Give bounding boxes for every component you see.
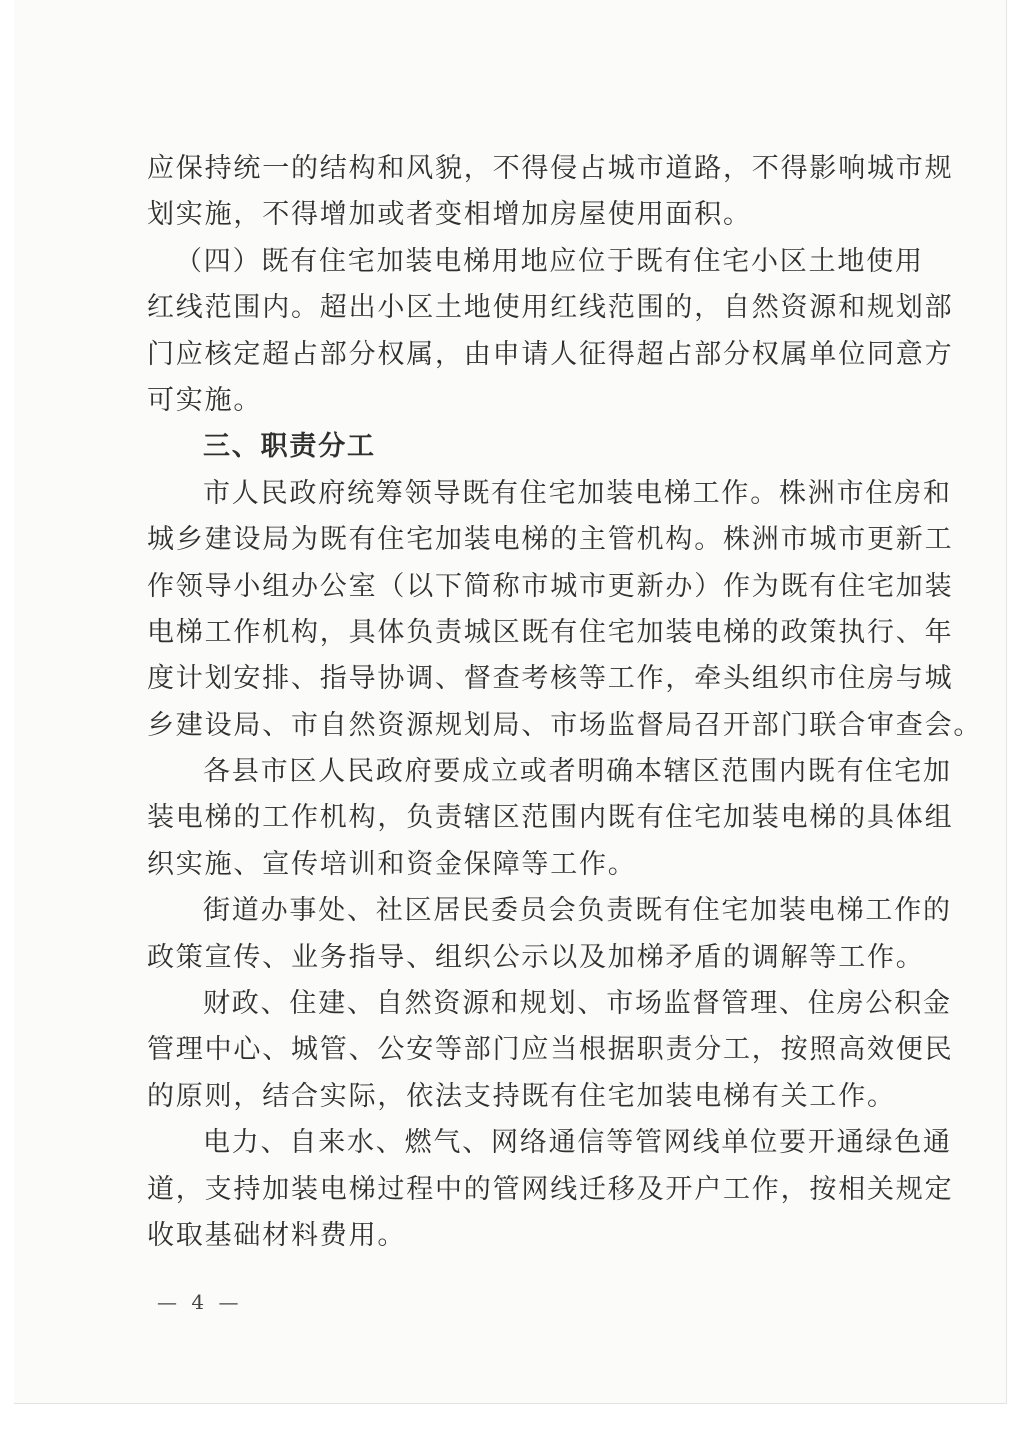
text-line: 政策宣传、业务指导、组织公示以及加梯矛盾的调解等工作。 bbox=[147, 935, 907, 981]
text-line: 各县市区人民政府要成立或者明确本辖区范围内既有住宅加 bbox=[147, 749, 907, 795]
text-line: 管理中心、城管、公安等部门应当根据职责分工，按照高效便民 bbox=[147, 1027, 907, 1073]
text-line: 街道办事处、社区居民委员会负责既有住宅加装电梯工作的 bbox=[147, 888, 907, 934]
text-line: 的原则，结合实际，依法支持既有住宅加装电梯有关工作。 bbox=[147, 1074, 907, 1120]
text-line: 乡建设局、市自然资源规划局、市场监督局召开部门联合审查会。 bbox=[147, 703, 907, 749]
text-line: 织实施、宣传培训和资金保障等工作。 bbox=[147, 842, 907, 888]
text-line: 收取基础材料费用。 bbox=[147, 1213, 907, 1259]
text-line: 度计划安排、指导协调、督查考核等工作，牵头组织市住房与城 bbox=[147, 656, 907, 702]
text-line: 红线范围内。超出小区土地使用红线范围的，自然资源和规划部 bbox=[147, 285, 907, 331]
text-line: 应保持统一的结构和风貌，不得侵占城市道路，不得影响城市规 bbox=[147, 146, 907, 192]
text-line: 可实施。 bbox=[147, 378, 907, 424]
text-line: 财政、住建、自然资源和规划、市场监督管理、住房公积金 bbox=[147, 981, 907, 1027]
text-line: 道，支持加装电梯过程中的管网线迁移及开户工作，按相关规定 bbox=[147, 1167, 907, 1213]
text-line: 电力、自来水、燃气、网络通信等管网线单位要开通绿色通 bbox=[147, 1120, 907, 1166]
text-line: （四）既有住宅加装电梯用地应位于既有住宅小区土地使用 bbox=[147, 239, 907, 285]
text-line: 市人民政府统筹领导既有住宅加装电梯工作。株洲市住房和 bbox=[147, 471, 907, 517]
page-number: — 4 — bbox=[157, 1290, 242, 1314]
text-line: 装电梯的工作机构，负责辖区范围内既有住宅加装电梯的具体组 bbox=[147, 795, 907, 841]
text-line: 门应核定超占部分权属，由申请人征得超占部分权属单位同意方 bbox=[147, 332, 907, 378]
text-line: 电梯工作机构，具体负责城区既有住宅加装电梯的政策执行、年 bbox=[147, 610, 907, 656]
text-line: 作领导小组办公室（以下简称市城市更新办）作为既有住宅加装 bbox=[147, 564, 907, 610]
section-heading: 三、职责分工 bbox=[147, 424, 907, 470]
text-line: 划实施，不得增加或者变相增加房屋使用面积。 bbox=[147, 192, 907, 238]
document-page: 应保持统一的结构和风貌，不得侵占城市道路，不得影响城市规 划实施，不得增加或者变… bbox=[14, 0, 1007, 1404]
text-line: 城乡建设局为既有住宅加装电梯的主管机构。株洲市城市更新工 bbox=[147, 517, 907, 563]
document-body: 应保持统一的结构和风貌，不得侵占城市道路，不得影响城市规 划实施，不得增加或者变… bbox=[147, 146, 907, 1259]
